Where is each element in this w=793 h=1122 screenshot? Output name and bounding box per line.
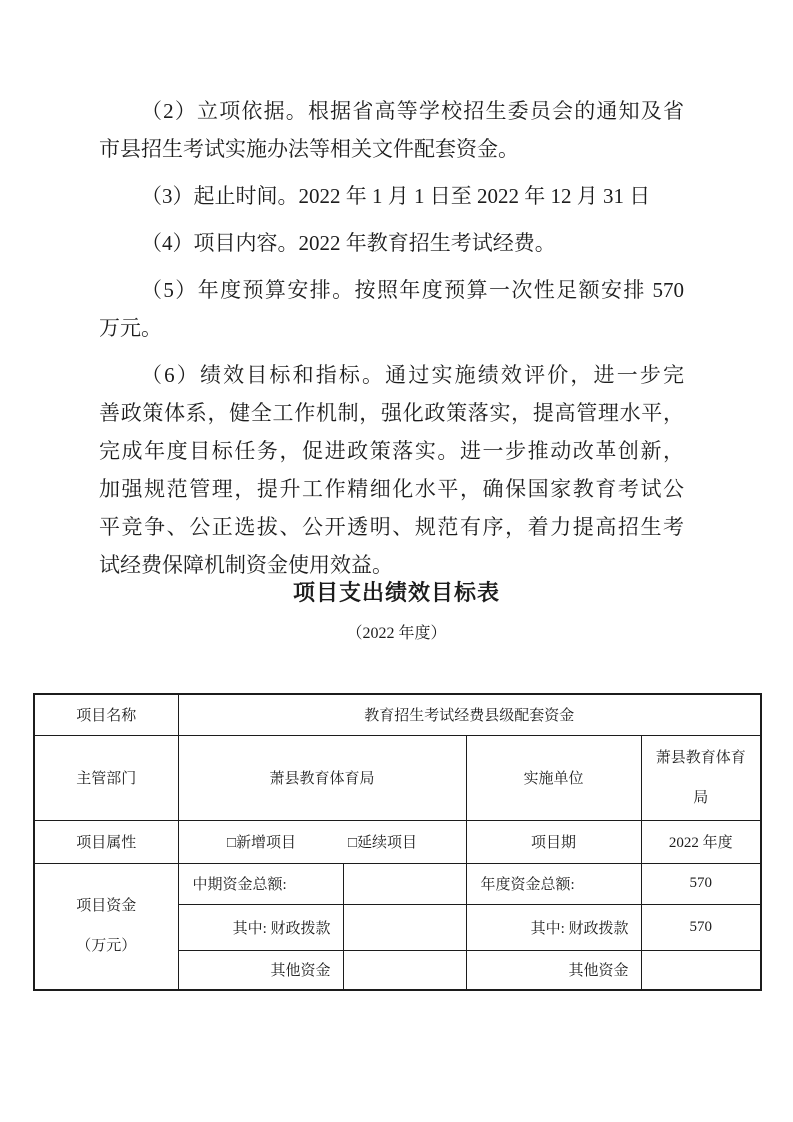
table-row: 项目资金 （万元） 中期资金总额: 年度资金总额: 570 [34,863,761,904]
attr-options-cell: □新增项目 □延续项目 [178,820,466,863]
mid-fiscal-label-cell: 其中: 财政拨款 [178,904,343,950]
annual-fiscal-value-cell: 570 [641,904,761,950]
table-row: 项目名称 教育招生考试经费县级配套资金 [34,694,761,735]
paragraph-line: （5）年度预算安排。按照年度预算一次性足额安排 570 [99,271,684,309]
paragraph-3: （3）起止时间。2022 年 1 月 1 日至 2022 年 12 月 31 日 [99,177,684,215]
mid-fiscal-value-cell [343,904,466,950]
impl-label-cell: 实施单位 [466,735,641,820]
funds-label-line1: 项目资金 [39,886,174,926]
funds-label-line2: （万元） [39,926,174,966]
document-body: （2）立项依据。根据省高等学校招生委员会的通知及省 市县招生考试实施办法等相关文… [99,92,684,584]
paragraph-6: （6）绩效目标和指标。通过实施绩效评价，进一步完 善政策体系，健全工作机制，强化… [99,356,684,584]
paragraph-line: 市县招生考试实施办法等相关文件配套资金。 [99,130,684,168]
paragraph-line: （6）绩效目标和指标。通过实施绩效评价，进一步完 [99,356,684,394]
document-page: （2）立项依据。根据省高等学校招生委员会的通知及省 市县招生考试实施办法等相关文… [0,0,793,1122]
table-subtitle: （2022 年度） [0,620,793,643]
paragraph-line: （3）起止时间。2022 年 1 月 1 日至 2022 年 12 月 31 日 [99,177,684,215]
dept-label-cell: 主管部门 [34,735,178,820]
project-name-label-cell: 项目名称 [34,694,178,735]
annual-total-label-cell: 年度资金总额: [466,863,641,904]
annual-other-value-cell [641,950,761,990]
paragraph-2: （2）立项依据。根据省高等学校招生委员会的通知及省 市县招生考试实施办法等相关文… [99,92,684,168]
dept-value-cell: 萧县教育体育局 [178,735,466,820]
mid-other-value-cell [343,950,466,990]
table-row: 主管部门 萧县教育体育局 实施单位 萧县教育体育局 [34,735,761,820]
performance-target-table: 项目名称 教育招生考试经费县级配套资金 主管部门 萧县教育体育局 实施单位 萧县… [33,693,762,991]
paragraph-line: 加强规范管理，提升工作精细化水平，确保国家教育考试公 [99,470,684,508]
mid-other-label-cell: 其他资金 [178,950,343,990]
paragraph-line: 万元。 [99,309,684,347]
paragraph-line: （2）立项依据。根据省高等学校招生委员会的通知及省 [99,92,684,130]
table-row: 项目属性 □新增项目 □延续项目 项目期 2022 年度 [34,820,761,863]
annual-fiscal-label-cell: 其中: 财政拨款 [466,904,641,950]
funds-header-cell: 项目资金 （万元） [34,863,178,990]
period-label-cell: 项目期 [466,820,641,863]
paragraph-line: 完成年度目标任务，促进政策落实。进一步推动改革创新， [99,432,684,470]
mid-total-value-cell [343,863,466,904]
impl-value-cell: 萧县教育体育局 [641,735,761,820]
mid-total-label-cell: 中期资金总额: [178,863,343,904]
paragraph-line: 平竞争、公正选拔、公开透明、规范有序，着力提高招生考 [99,508,684,546]
paragraph-line: （4）项目内容。2022 年教育招生考试经费。 [99,224,684,262]
attr-label-cell: 项目属性 [34,820,178,863]
paragraph-4: （4）项目内容。2022 年教育招生考试经费。 [99,224,684,262]
table-title: 项目支出绩效目标表 [0,576,793,607]
project-name-value-cell: 教育招生考试经费县级配套资金 [178,694,761,735]
checkbox-continue-project: □延续项目 [348,831,417,852]
annual-total-value-cell: 570 [641,863,761,904]
checkbox-new-project: □新增项目 [227,831,296,852]
paragraph-5: （5）年度预算安排。按照年度预算一次性足额安排 570 万元。 [99,271,684,347]
period-value-cell: 2022 年度 [641,820,761,863]
annual-other-label-cell: 其他资金 [466,950,641,990]
paragraph-line: 善政策体系，健全工作机制，强化政策落实，提高管理水平， [99,394,684,432]
